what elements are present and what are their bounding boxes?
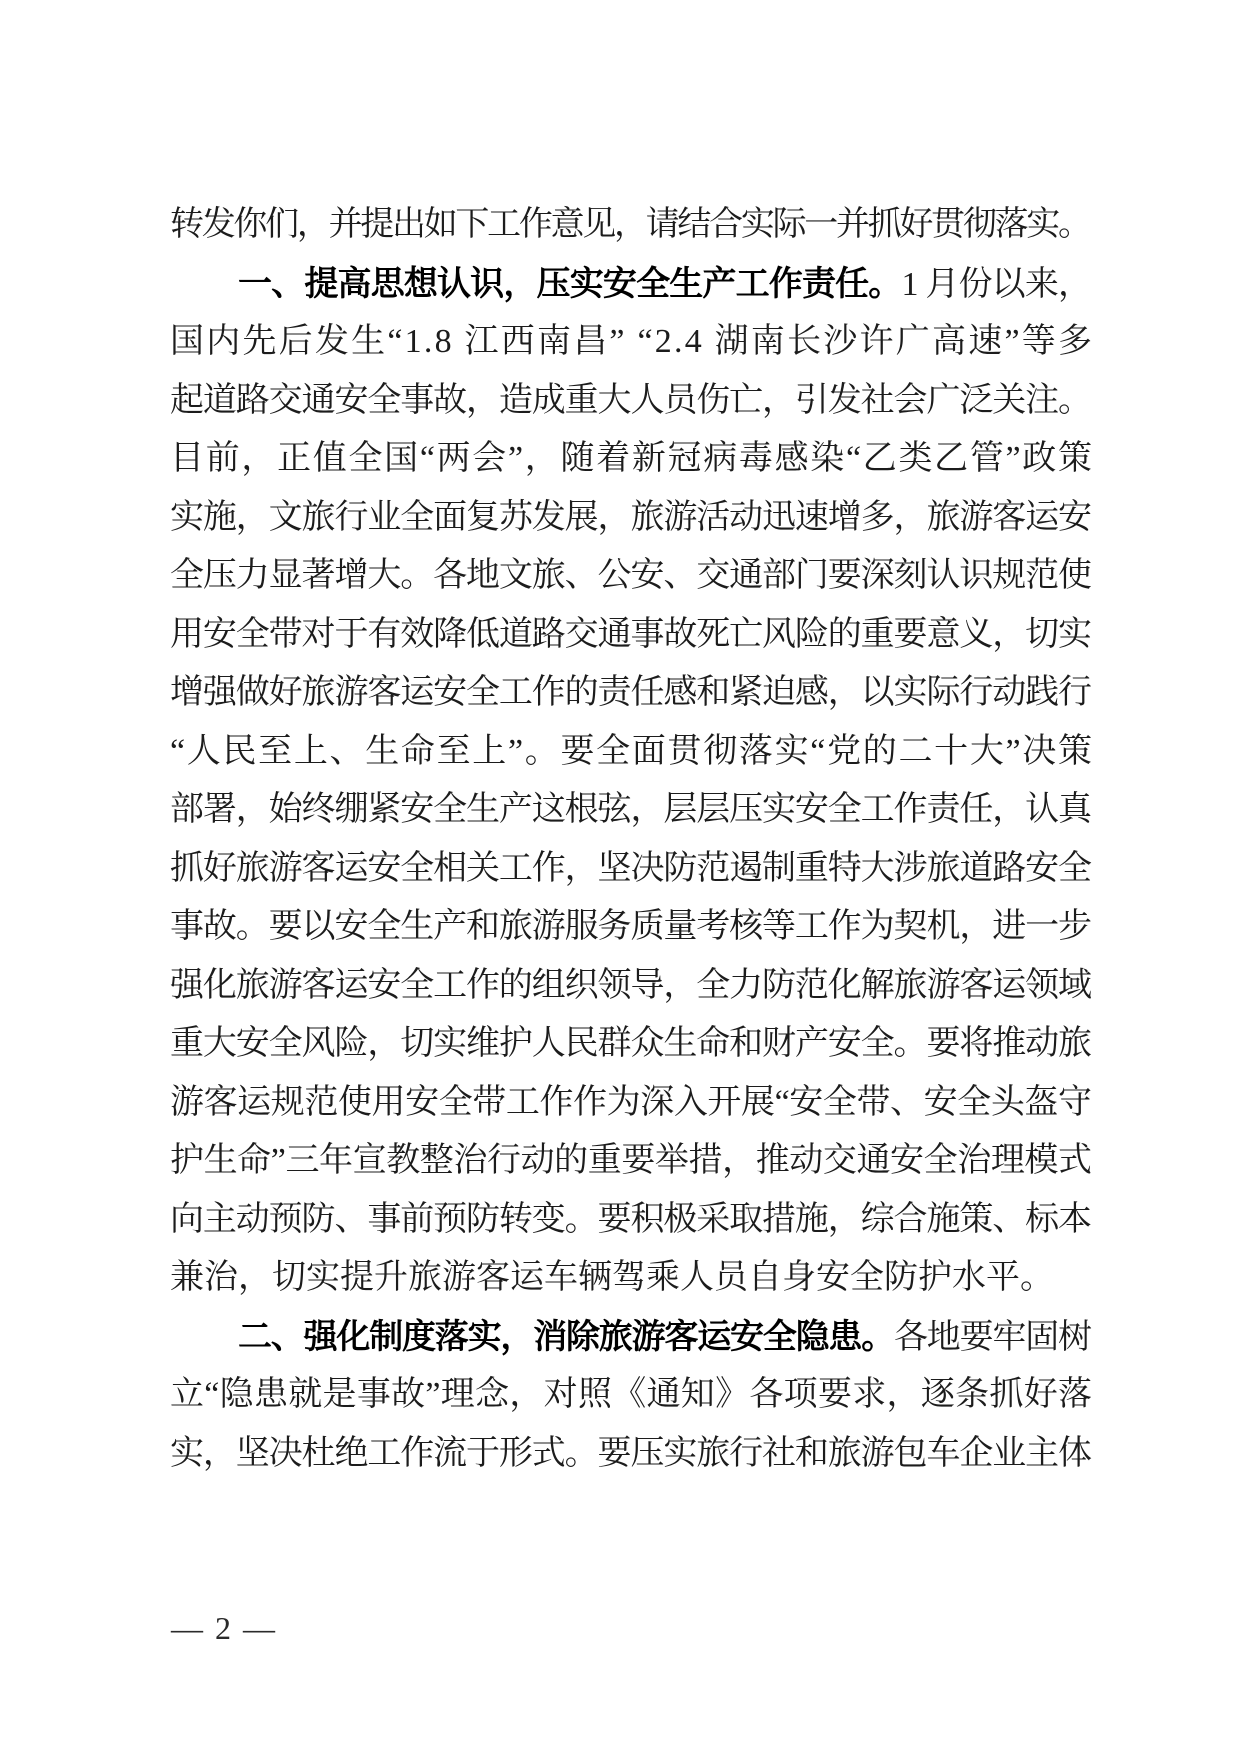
text-line-content: 强化旅游客运安全工作的组织领导，全力防范化解旅游客运领域 (170, 957, 1091, 1016)
page-number: — 2 — (171, 1610, 277, 1647)
text-line: 重大安全风险，切实维护人民群众生命和财产安全。要将推动旅 (170, 1015, 1092, 1074)
text-line-content: 立“隐患就是事故”理念，对照《通知》各项要求，逐条抓好落 (170, 1366, 1092, 1425)
text-line: 二、强化制度落实，消除旅游客运安全隐患。各地要牢固树 (170, 1308, 1092, 1367)
text-line: 实施，文旅行业全面复苏发展，旅游活动迅速增多，旅游客运安 (170, 489, 1092, 548)
text-line: 实，坚决杜绝工作流于形式。要压实旅行社和旅游包车企业主体 (170, 1425, 1092, 1484)
text-line-content: 全压力显著增大。各地文旅、公安、交通部门要深刻认识规范使 (170, 547, 1091, 606)
document-page: 转发你们，并提出如下工作意见，请结合实际一并抓好贯彻落实。一、提高思想认识，压实… (0, 0, 1240, 1752)
text-line-content: 用安全带对于有效降低道路交通事故死亡风险的重要意义，切实 (170, 606, 1091, 665)
text-line: 护生命”三年宣教整治行动的重要举措，推动交通安全治理模式 (170, 1132, 1092, 1191)
text-line-content: 一、提高思想认识，压实安全生产工作责任。1 月份以来， (238, 255, 1091, 315)
text-line: 立“隐患就是事故”理念，对照《通知》各项要求，逐条抓好落 (170, 1366, 1092, 1425)
text-line: 游客运规范使用安全带工作作为深入开展“安全带、安全头盔守 (170, 1074, 1092, 1133)
text-line-content: 重大安全风险，切实维护人民群众生命和财产安全。要将推动旅 (170, 1015, 1091, 1074)
text-line: 事故。要以安全生产和旅游服务质量考核等工作为契机，进一步 (170, 898, 1092, 957)
text-line: 目前，正值全国“两会”，随着新冠病毒感染“乙类乙管”政策 (170, 430, 1092, 489)
text-line: 转发你们，并提出如下工作意见，请结合实际一并抓好贯彻落实。 (170, 196, 1092, 255)
document-body: 转发你们，并提出如下工作意见，请结合实际一并抓好贯彻落实。一、提高思想认识，压实… (170, 196, 1092, 1483)
text-line-content: 游客运规范使用安全带工作作为深入开展“安全带、安全头盔守 (170, 1074, 1092, 1133)
text-line-content: 起道路交通安全事故，造成重大人员伤亡，引发社会广泛关注。 (170, 372, 1091, 431)
text-line: 全压力显著增大。各地文旅、公安、交通部门要深刻认识规范使 (170, 547, 1092, 606)
text-line: 部署，始终绷紧安全生产这根弦，层层压实安全工作责任，认真 (170, 781, 1092, 840)
text-line-content: 转发你们，并提出如下工作意见，请结合实际一并抓好贯彻落实。 (170, 196, 1090, 255)
text-line-content: 实，坚决杜绝工作流于形式。要压实旅行社和旅游包车企业主体 (170, 1425, 1091, 1484)
text-line-content: 实施，文旅行业全面复苏发展，旅游活动迅速增多，旅游客运安 (170, 489, 1091, 548)
text-line: 向主动预防、事前预防转变。要积极采取措施，综合施策、标本 (170, 1191, 1092, 1250)
text-line-content: 护生命”三年宣教整治行动的重要举措，推动交通安全治理模式 (170, 1132, 1092, 1191)
text-line-content: “人民至上、生命至上”。要全面贯彻落实“党的二十大”决策 (170, 723, 1094, 782)
text-line: 抓好旅游客运安全相关工作，坚决防范遏制重特大涉旅道路安全 (170, 840, 1092, 899)
text-line: 起道路交通安全事故，造成重大人员伤亡，引发社会广泛关注。 (170, 372, 1092, 431)
section-heading: 二、强化制度落实，消除旅游客运安全隐患。 (238, 1318, 894, 1356)
text-line: 兼治，切实提升旅游客运车辆驾乘人员自身安全防护水平。 (170, 1249, 1092, 1308)
text-line: 强化旅游客运安全工作的组织领导，全力防范化解旅游客运领域 (170, 957, 1092, 1016)
text-line: 国内先后发生“1.8 江西南昌” “2.4 湖南长沙许广高速”等多 (170, 313, 1092, 372)
text-line: “人民至上、生命至上”。要全面贯彻落实“党的二十大”决策 (170, 723, 1092, 782)
text-line: 增强做好旅游客运安全工作的责任感和紧迫感，以实际行动践行 (170, 664, 1092, 723)
text-line-content: 兼治，切实提升旅游客运车辆驾乘人员自身安全防护水平。 (170, 1249, 1054, 1308)
text-line-content: 事故。要以安全生产和旅游服务质量考核等工作为契机，进一步 (170, 898, 1091, 957)
text-line-content: 向主动预防、事前预防转变。要积极采取措施，综合施策、标本 (170, 1191, 1091, 1250)
text-line-content: 国内先后发生“1.8 江西南昌” “2.4 湖南长沙许广高速”等多 (170, 313, 1094, 372)
text-line: 一、提高思想认识，压实安全生产工作责任。1 月份以来， (170, 255, 1092, 314)
text-line: 用安全带对于有效降低道路交通事故死亡风险的重要意义，切实 (170, 606, 1092, 665)
text-line-content: 二、强化制度落实，消除旅游客运安全隐患。各地要牢固树 (238, 1308, 1091, 1368)
text-line-content: 增强做好旅游客运安全工作的责任感和紧迫感，以实际行动践行 (170, 664, 1091, 723)
text-line-content: 目前，正值全国“两会”，随着新冠病毒感染“乙类乙管”政策 (170, 430, 1094, 489)
text-line-content: 抓好旅游客运安全相关工作，坚决防范遏制重特大涉旅道路安全 (170, 840, 1091, 899)
text-line-content: 部署，始终绷紧安全生产这根弦，层层压实安全工作责任，认真 (170, 781, 1091, 840)
section-heading: 一、提高思想认识，压实安全生产工作责任。 (238, 265, 901, 303)
